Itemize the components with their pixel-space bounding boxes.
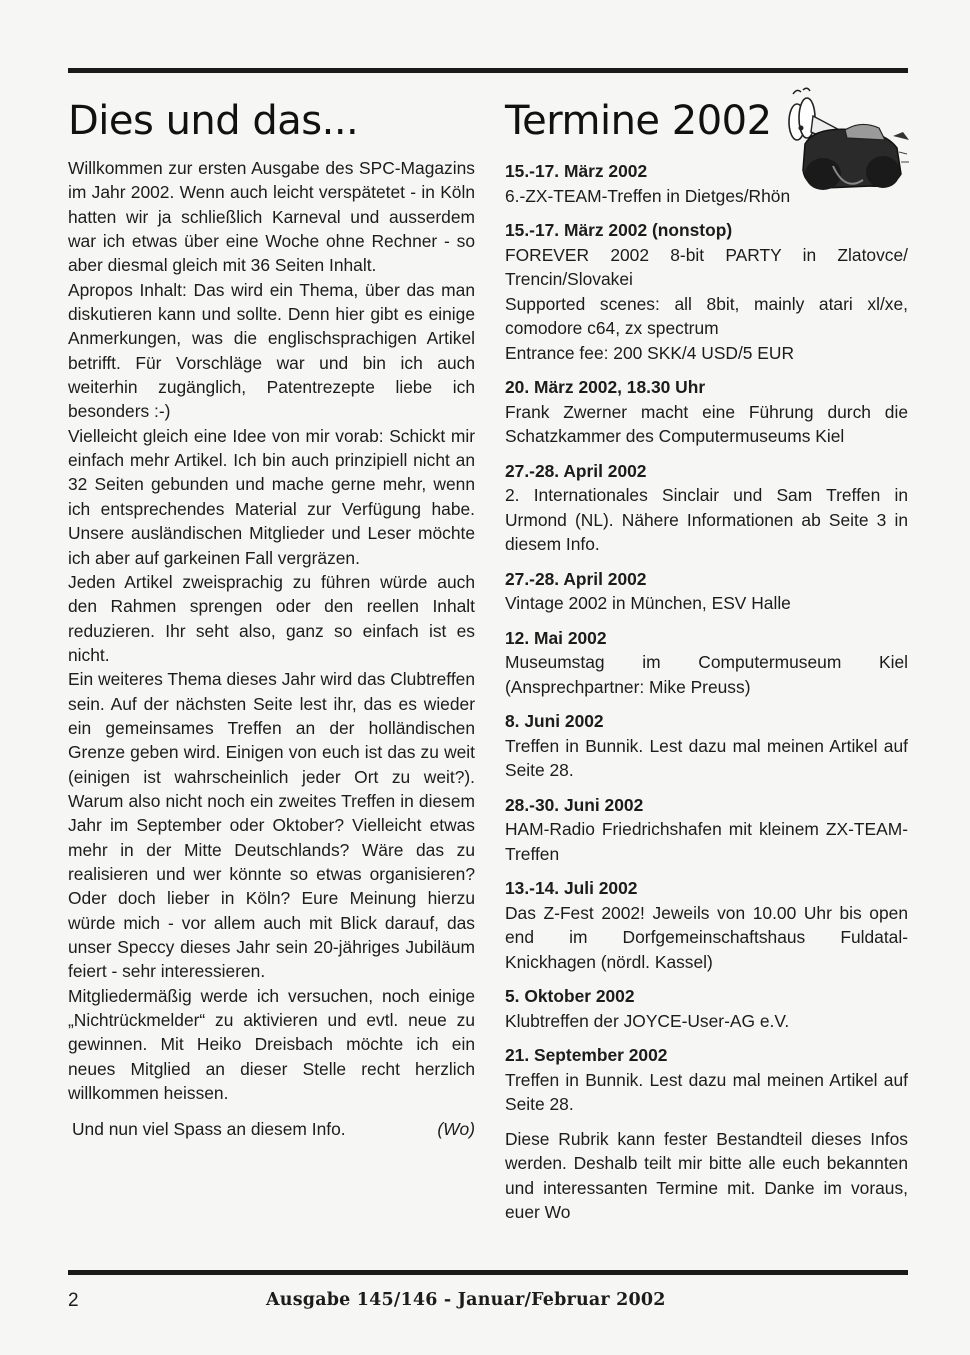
- paragraph: Willkommen zur ersten Ausgabe des SPC-Ma…: [68, 156, 475, 278]
- event-description: Treffen in Bunnik. Lest dazu mal meinen …: [505, 734, 908, 783]
- event-date: 15.-17. März 2002 (nonstop): [505, 218, 908, 243]
- event-date: 5. Oktober 2002: [505, 984, 908, 1009]
- event-description: Das Z-Fest 2002! Jeweils von 10.00 Uhr b…: [505, 901, 908, 975]
- event-description: Klubtreffen der JOYCE-User-AG e.V.: [505, 1009, 908, 1034]
- event-date: 8. Juni 2002: [505, 709, 908, 734]
- event-description: 6.-ZX-TEAM-Treffen in Dietges/Rhön: [505, 184, 908, 209]
- event-item: 20. März 2002, 18.30 Uhr Frank Zwerner m…: [505, 375, 908, 449]
- event-description: 2. Internationales Sinclair und Sam Tref…: [505, 483, 908, 557]
- signoff-text: Und nun viel Spass an diesem Info.: [72, 1117, 346, 1141]
- event-item: 8. Juni 2002 Treffen in Bunnik. Lest daz…: [505, 709, 908, 783]
- issue-info: Ausgabe 145/146 - Januar/Februar 2002: [266, 1290, 666, 1310]
- page-number: 2: [68, 1290, 79, 1312]
- closing-note: Diese Rubrik kann fester Bestandteil die…: [505, 1127, 908, 1225]
- event-date: 27.-28. April 2002: [505, 567, 908, 592]
- top-rule: [68, 68, 908, 73]
- paragraph: Ein weiteres Thema dieses Jahr wird das …: [68, 667, 475, 983]
- events-title: Termine 2002: [505, 95, 908, 147]
- signoff-author: (Wo): [437, 1117, 475, 1141]
- event-date: 20. März 2002, 18.30 Uhr: [505, 375, 908, 400]
- event-item: 12. Mai 2002 Museumstag im Computermuseu…: [505, 626, 908, 700]
- article-title: Dies und das...: [68, 95, 475, 147]
- paragraph: Jeden Artikel zweisprachig zu führen wür…: [68, 570, 475, 667]
- event-date: 13.-14. Juli 2002: [505, 876, 908, 901]
- event-date: 12. Mai 2002: [505, 626, 908, 651]
- event-item: 13.-14. Juli 2002 Das Z-Fest 2002! Jewei…: [505, 876, 908, 974]
- event-description: FOREVER 2002 8-bit PARTY in Zlatovce/ Tr…: [505, 243, 908, 366]
- paragraph: Mitgliedermäßig werde ich versuchen, noc…: [68, 984, 475, 1106]
- event-description: HAM-Radio Friedrichshafen mit kleinem ZX…: [505, 817, 908, 866]
- event-date: 28.-30. Juni 2002: [505, 793, 908, 818]
- paragraph: Vielleicht gleich eine Idee von mir vora…: [68, 424, 475, 570]
- event-item: 28.-30. Juni 2002 HAM-Radio Friedrichsha…: [505, 793, 908, 867]
- event-description: Treffen in Bunnik. Lest dazu mal meinen …: [505, 1068, 908, 1117]
- event-date: 15.-17. März 2002: [505, 159, 908, 184]
- event-date: 27.-28. April 2002: [505, 459, 908, 484]
- event-item: 15.-17. März 2002 (nonstop) FOREVER 2002…: [505, 218, 908, 365]
- event-description: Museumstag im Computermuseum Kiel (Anspr…: [505, 650, 908, 699]
- event-item: 27.-28. April 2002 2. Internationales Si…: [505, 459, 908, 557]
- event-item: 27.-28. April 2002 Vintage 2002 in Münch…: [505, 567, 908, 616]
- event-description: Frank Zwerner macht eine Führung durch d…: [505, 400, 908, 449]
- paragraph: Apropos Inhalt: Das wird ein Thema, über…: [68, 278, 475, 424]
- event-item: 15.-17. März 2002 6.-ZX-TEAM-Treffen in …: [505, 159, 908, 208]
- article-dies-und-das: Dies und das... Willkommen zur ersten Au…: [68, 95, 475, 1141]
- event-date: 21. September 2002: [505, 1043, 908, 1068]
- article-body: Willkommen zur ersten Ausgabe des SPC-Ma…: [68, 156, 475, 1105]
- signoff: Und nun viel Spass an diesem Info. (Wo): [68, 1117, 475, 1141]
- bottom-rule: [68, 1270, 908, 1275]
- event-item: 21. September 2002 Treffen in Bunnik. Le…: [505, 1043, 908, 1117]
- event-description: Vintage 2002 in München, ESV Halle: [505, 591, 908, 616]
- event-item: 5. Oktober 2002 Klubtreffen der JOYCE-Us…: [505, 984, 908, 1033]
- events-calendar: Termine 2002 15.-17. März 2002 6.-ZX-TEA…: [505, 95, 908, 1225]
